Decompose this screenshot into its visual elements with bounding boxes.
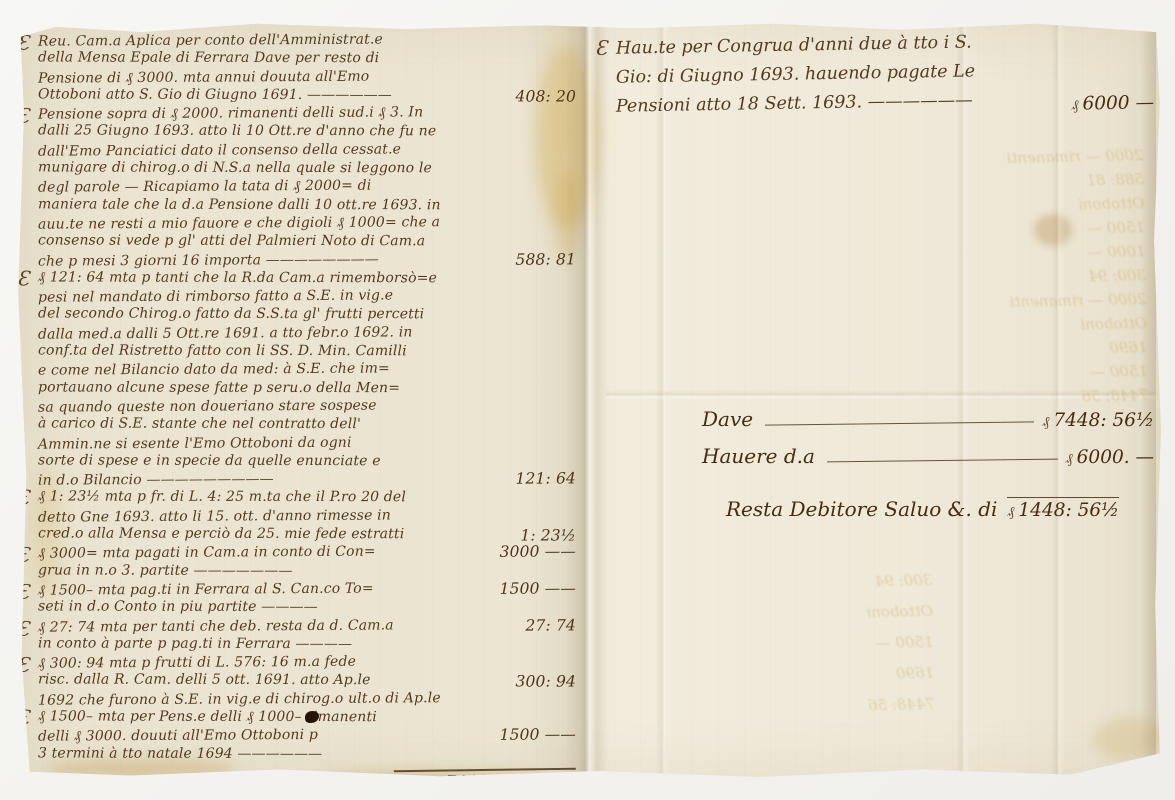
line-text: grua in n.o 3. partite ——————— bbox=[38, 562, 293, 579]
bleedthrough-line: 1690 bbox=[634, 658, 935, 695]
leader-line bbox=[765, 421, 1034, 425]
bleedthrough-line: 1000 — bbox=[675, 239, 1145, 273]
balance-summary: Dave ₰7448: 56½ Hauere d.a ₰6000. — Rest… bbox=[702, 394, 1154, 521]
dave-amount: ₰7448: 56½ bbox=[1042, 410, 1154, 431]
bleedthrough-line: 7448: 56 bbox=[635, 689, 936, 726]
havere-row: Hauere d.a ₰6000. — bbox=[702, 431, 1154, 468]
bleedthrough-line: 300: 94 bbox=[676, 263, 1146, 297]
line-text: detto Gne 1693. atto li 15. ott. d'anno … bbox=[38, 507, 391, 525]
entry-flourish: Ɛ bbox=[17, 31, 30, 55]
line-text: dall'Emo Panciatici dato il consenso del… bbox=[38, 141, 401, 159]
amount-value: 3000 —— bbox=[500, 543, 577, 561]
vertical-crease bbox=[656, 20, 670, 780]
line-text: munigare di chirog.o di N.S.a nella qual… bbox=[38, 160, 432, 177]
manuscript-line: 3 termini à tto natale 1694 —————— bbox=[38, 745, 578, 764]
entry-flourish: Ɛ bbox=[17, 104, 30, 128]
bleedthrough-line: 1500 — bbox=[675, 215, 1145, 249]
line-text: delli ₰ 3000. douuti all'Emo Ottoboni p bbox=[38, 727, 318, 745]
currency-sign: ₰ bbox=[1042, 414, 1049, 430]
bleedthrough-line: 1500 — bbox=[633, 627, 934, 664]
bleedthrough-block: 300: 94 Ottoboni 1500 — 1690 7448: 56 bbox=[632, 565, 936, 766]
line-text: 1692 che furono à S.E. in vig.e di chiro… bbox=[38, 690, 441, 708]
entry-flourish: Ɛ bbox=[17, 543, 30, 567]
manuscript-line: Pensione di ₰ 3000. mta annui douuta all… bbox=[38, 67, 578, 89]
manuscript-line: Ɛ₰ 3000= mta pagati in Cam.a in conto di… bbox=[38, 543, 578, 565]
line-text: auu.te ne resti a mio fauore e che digio… bbox=[38, 214, 440, 232]
line-text: del secondo Chirog.o fatto da S.S.ta gl'… bbox=[38, 306, 424, 323]
line-text: ₰ 1500– mta per Pens.e delli ₰ 1000– rim… bbox=[38, 708, 377, 725]
line-text: seti in d.o Conto in piu partite ———— bbox=[38, 599, 318, 616]
bleedthrough-line: 300: 94 bbox=[632, 565, 933, 602]
amount-value: ₰6000 — bbox=[1071, 92, 1154, 114]
manuscript-line: 1692 che furono à S.E. in vig.e di chiro… bbox=[38, 689, 578, 711]
total-row: ₰7448: 56½ bbox=[394, 768, 576, 798]
currency-sign: ₰ bbox=[434, 775, 441, 791]
total-amount: 7448: 56½ bbox=[445, 771, 535, 791]
amount-value: 121: 64 bbox=[515, 470, 576, 488]
bleedthrough-block: 2000 — rimanenti 588: 81 Ottoboni 1500 —… bbox=[673, 143, 1149, 423]
line-text: e come nel Bilancio dato da med: à S.E. … bbox=[38, 361, 390, 379]
manuscript-line: degl parole — Ricapiamo la tata di ₰ 200… bbox=[38, 177, 578, 199]
manuscript-line: grua in n.o 3. partite ——————— bbox=[38, 562, 578, 581]
manuscript-line: à carico di S.E. stante che nel contratt… bbox=[38, 416, 578, 435]
amount-number: 6000. — bbox=[1077, 447, 1154, 468]
line-text: ₰ 27: 74 mta per tanti che deb. resta da… bbox=[38, 617, 394, 635]
line-text: dalla med.a dalli 5 Ott.re 1691. a tto f… bbox=[38, 324, 413, 342]
manuscript-line: consenso si vede p gl' atti del Palmieri… bbox=[38, 233, 578, 252]
bleedthrough-line: 588: 81 bbox=[674, 167, 1144, 201]
line-text: dalli 25 Giugno 1693. atto li 10 Ott.re … bbox=[38, 123, 436, 140]
bleedthrough-line: 1500 — bbox=[678, 359, 1148, 393]
bleedthrough-line: 1690 bbox=[677, 335, 1147, 369]
manuscript-line: Ammin.ne si esente l'Emo Ottoboni da ogn… bbox=[38, 433, 578, 455]
manuscript-line: dalli 25 Giugno 1693. atto li 10 Ott.re … bbox=[38, 123, 578, 142]
line-text: ₰ 121: 64 mta p tanti che la R.da Cam.a … bbox=[38, 269, 437, 286]
entry-flourish: Ɛ bbox=[17, 653, 30, 677]
manuscript-line: della Mensa Epale di Ferrara Dave per re… bbox=[38, 50, 578, 69]
line-text: conf.ta del Ristretto fatto con li SS. D… bbox=[38, 342, 407, 359]
stain bbox=[1094, 718, 1164, 760]
currency-sign: ₰ bbox=[1071, 98, 1078, 114]
line-text: 3 termini à tto natale 1694 —————— bbox=[38, 745, 322, 762]
resta-amount: ₰1448: 56½ bbox=[1007, 497, 1119, 521]
line-text: ₰ 300: 94 mta p frutti di L. 576: 16 m.a… bbox=[38, 654, 356, 672]
manuscript-line: e come nel Bilancio dato da med: à S.E. … bbox=[38, 360, 578, 382]
line-text: della Mensa Epale di Ferrara Dave per re… bbox=[38, 50, 379, 67]
line-text: pesi nel mandato di rimborso fatto a S.E… bbox=[38, 288, 393, 306]
bleedthrough-line: 2000 — rimanenti bbox=[673, 143, 1143, 177]
havere-amount: ₰6000. — bbox=[1066, 447, 1154, 468]
entry-flourish: Ɛ bbox=[17, 486, 30, 510]
currency-sign: ₰ bbox=[1066, 451, 1073, 467]
entry-flourish: Ɛ bbox=[17, 580, 30, 604]
line-text: Ottoboni atto S. Gio di Giugno 1691. ———… bbox=[38, 86, 392, 103]
manuscript-line: detto Gne 1693. atto li 15. ott. d'anno … bbox=[38, 506, 578, 528]
manuscript-line: Ottoboni atto S. Gio di Giugno 1691. ———… bbox=[38, 86, 578, 105]
amount-value: 27: 74 bbox=[525, 616, 576, 634]
line-text: Reu. Cam.a Aplica per conto dell'Amminis… bbox=[38, 32, 383, 50]
amount-number: 1448: 56½ bbox=[1018, 500, 1119, 521]
manuscript-line: che p mesi 3 giorni 16 importa ————————5… bbox=[38, 250, 578, 272]
line-text: in conto à parte p pag.ti in Ferrara ———… bbox=[38, 635, 352, 652]
manuscript-line: Ɛ₰ 27: 74 mta per tanti che deb. resta d… bbox=[38, 616, 578, 638]
amount-value: 1500 —— bbox=[500, 580, 577, 598]
amount-value: 588: 81 bbox=[515, 250, 576, 268]
bleedthrough-line: Ottoboni bbox=[633, 596, 934, 633]
dave-row: Dave ₰7448: 56½ bbox=[702, 394, 1154, 431]
line-text: Hau.te per Congrua d'anni due à tto i S. bbox=[616, 32, 972, 58]
amount-number: 7448: 56½ bbox=[1053, 410, 1154, 431]
entry-flourish: Ɛ bbox=[595, 36, 608, 60]
bleedthrough-line: Ottoboni bbox=[674, 191, 1144, 225]
resta-label: Resta Debitore Saluo &. di bbox=[726, 497, 997, 521]
manuscript-sheet: 2000 — rimanenti 588: 81 Ottoboni 1500 —… bbox=[16, 20, 1162, 780]
line-text: ₰ 3000= mta pagati in Cam.a in conto di … bbox=[38, 544, 376, 562]
dave-label: Dave bbox=[702, 407, 753, 431]
line-text: ₰ 1: 23½ mta p fr. di L. 4: 25 m.ta che … bbox=[38, 489, 406, 506]
havere-label: Hauere d.a bbox=[702, 444, 815, 468]
manuscript-line: portauano alcune spese fatte p seru.o de… bbox=[38, 379, 578, 398]
line-text: risc. dalla R. Cam. delli 5 ott. 1691. a… bbox=[38, 672, 371, 689]
line-text: à carico di S.E. stante che nel contratt… bbox=[38, 416, 361, 433]
manuscript-line: Ɛ₰ 1: 23½ mta p fr. di L. 4: 25 m.ta che… bbox=[38, 489, 578, 508]
foxing-spot bbox=[1034, 214, 1072, 246]
amount-number: 6000 — bbox=[1082, 92, 1154, 114]
manuscript-line: Ɛ₰ 121: 64 mta p tanti che la R.da Cam.a… bbox=[38, 269, 578, 288]
resta-row: Resta Debitore Saluo &. di ₰1448: 56½ bbox=[702, 481, 1154, 521]
line-text: Ammin.ne si esente l'Emo Ottoboni da ogn… bbox=[38, 434, 352, 452]
entry-flourish: Ɛ bbox=[17, 616, 30, 640]
manuscript-line: sorte di spese e in specie da quelle enu… bbox=[38, 452, 578, 471]
bleedthrough-line: 2000 — rimanenti bbox=[676, 287, 1146, 321]
currency-sign: ₰ bbox=[1007, 504, 1014, 520]
manuscript-line: risc. dalla R. Cam. delli 5 ott. 1691. a… bbox=[38, 672, 578, 691]
manuscript-line: del secondo Chirog.o fatto da S.S.ta gl'… bbox=[38, 306, 578, 325]
bleedthrough-line: Ottoboni bbox=[677, 311, 1147, 345]
line-text: portauano alcune spese fatte p seru.o de… bbox=[38, 379, 400, 396]
right-page-header: ƐHau.te per Congrua d'anni due à tto i S… bbox=[616, 34, 1154, 121]
line-text: Pensione di ₰ 3000. mta annui douuta all… bbox=[38, 68, 369, 86]
leader-line bbox=[827, 459, 1058, 463]
manuscript-line: seti in d.o Conto in piu partite ———— bbox=[38, 599, 578, 618]
line-text: sa quando queste non doueriano stare sos… bbox=[38, 398, 377, 416]
line-text: Pensione sopra di ₰ 2000. rimanenti dell… bbox=[38, 104, 423, 122]
line-text: sorte di spese e in specie da quelle enu… bbox=[38, 452, 381, 469]
manuscript-line: maniera tale che la d.a Pensione dalli 1… bbox=[38, 196, 578, 215]
line-text: maniera tale che la d.a Pensione dalli 1… bbox=[38, 196, 441, 213]
line-text: in d.o Bilancio ————————— bbox=[38, 471, 274, 488]
manuscript-line: delli ₰ 3000. douuti all'Emo Ottoboni p1… bbox=[38, 726, 578, 748]
amount-value: 1500 —— bbox=[500, 726, 577, 744]
line-text: cred.o alla Mensa e perciò da 25. mie fe… bbox=[38, 525, 404, 542]
left-page: ƐReu. Cam.a Aplica per conto dell'Ammini… bbox=[38, 32, 578, 796]
line-text: consenso si vede p gl' atti del Palmieri… bbox=[38, 233, 425, 250]
manuscript-line: dall'Emo Panciatici dato il consenso del… bbox=[38, 140, 578, 162]
manuscript-line: dalla med.a dalli 5 Ott.re 1691. a tto f… bbox=[38, 323, 578, 345]
line-text: che p mesi 3 giorni 16 importa ———————— bbox=[38, 251, 379, 269]
manuscript-line: in conto à parte p pag.ti in Ferrara ———… bbox=[38, 635, 578, 654]
entry-flourish: Ɛ bbox=[17, 266, 30, 290]
entry-flourish: Ɛ bbox=[17, 705, 30, 729]
line-text: ₰ 1500– mta pag.ti in Ferrara al S. Can.… bbox=[38, 581, 374, 599]
line-text: degl parole — Ricapiamo la tata di ₰ 200… bbox=[38, 178, 371, 196]
